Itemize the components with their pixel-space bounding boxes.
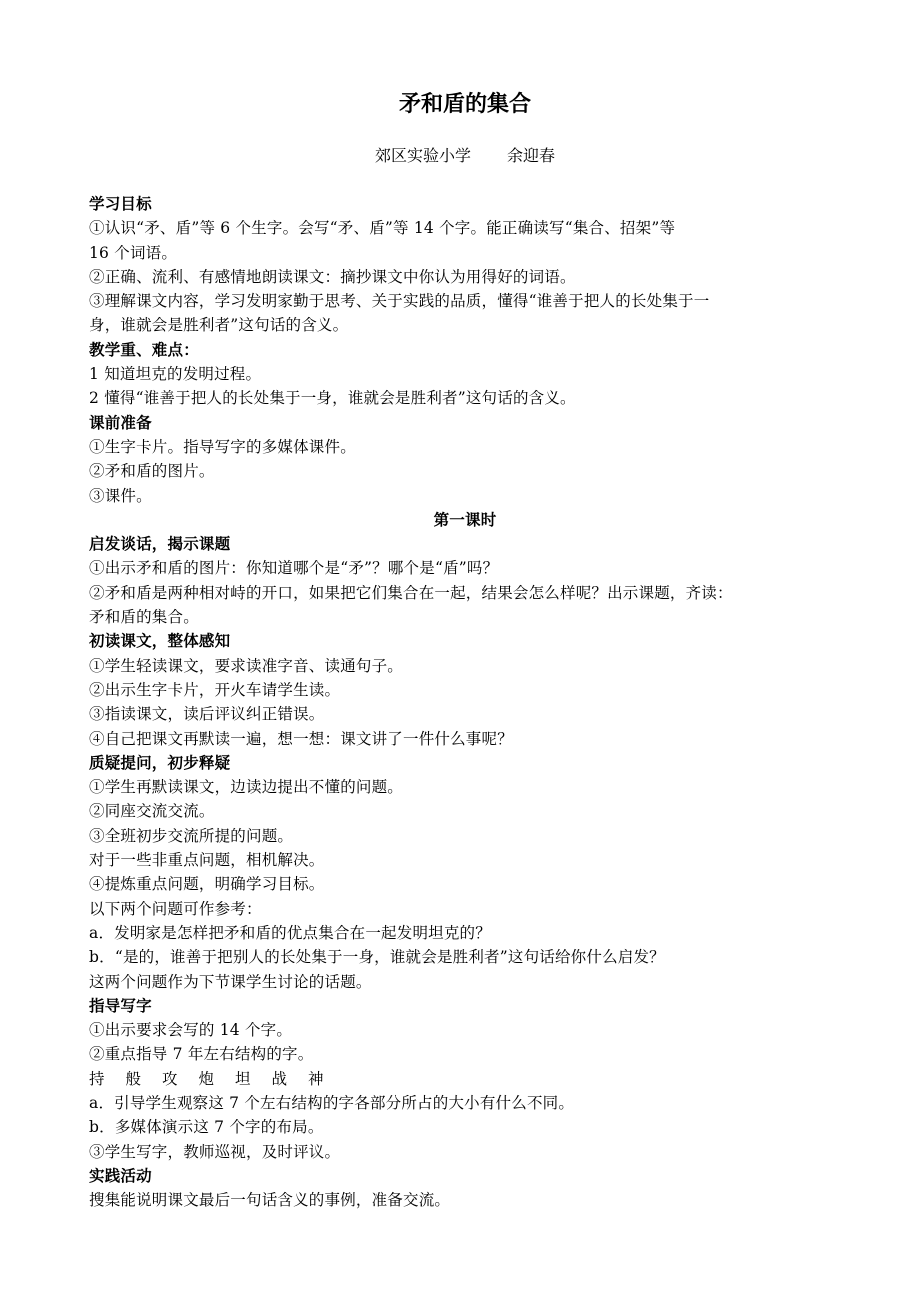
intro-line: 矛和盾的集合。 — [89, 605, 841, 629]
preparation-line: ③课件。 — [89, 484, 841, 508]
questions-line: 以下两个问题可作参考： — [89, 897, 841, 921]
goals-line: ③理解课文内容，学习发明家勤于思考、关于实践的品质，懂得“谁善于把人的长处集于一 — [89, 289, 841, 313]
goals-line: ②正确、流利、有感情地朗读课文：摘抄课文中你认为用得好的词语。 — [89, 265, 841, 289]
section-heading-preparation: 课前准备 — [89, 411, 841, 435]
character: 战 — [272, 1067, 309, 1091]
preparation-line: ②矛和盾的图片。 — [89, 459, 841, 483]
writing-line: a．引导学生观察这 7 个左右结构的字各部分所占的大小有什么不同。 — [89, 1091, 841, 1115]
section-heading-first-reading: 初读课文，整体感知 — [89, 629, 841, 653]
first-reading-line: ②出示生字卡片，开火车请学生读。 — [89, 678, 841, 702]
practice-line: 搜集能说明课文最后一句话含义的事例，准备交流。 — [89, 1188, 841, 1212]
key-points-line: 1 知道坦克的发明过程。 — [89, 362, 841, 386]
first-reading-line: ③指读课文，读后评议纠正错误。 — [89, 702, 841, 726]
character: 炮 — [199, 1067, 236, 1091]
writing-line: ①出示要求会写的 14 个字。 — [89, 1018, 841, 1042]
document-body: 学习目标 ①认识“矛、盾”等 6 个生字。会写“矛、盾”等 14 个字。能正确读… — [89, 192, 841, 1212]
questions-line: b．“是的，谁善于把别人的长处集于一身，谁就会是胜利者”这句话给你什么启发？ — [89, 945, 841, 969]
questions-line: ③全班初步交流所提的问题。 — [89, 824, 841, 848]
writing-line: ②重点指导 7 年左右结构的字。 — [89, 1042, 841, 1066]
questions-line: a．发明家是怎样把矛和盾的优点集合在一起发明坦克的？ — [89, 921, 841, 945]
key-points-line: 2 懂得“谁善于把人的长处集于一身，谁就会是胜利者”这句话的含义。 — [89, 386, 841, 410]
questions-line: ②同座交流交流。 — [89, 799, 841, 823]
intro-line: ②矛和盾是两种相对峙的开口，如果把它们集合在一起，结果会怎么样呢？出示课题，齐读… — [89, 581, 841, 605]
section-heading-writing: 指导写字 — [89, 994, 841, 1018]
character: 坦 — [235, 1067, 272, 1091]
goals-line: 身，谁就会是胜利者”这句话的含义。 — [89, 313, 841, 337]
writing-line: b．多媒体演示这 7 个字的布局。 — [89, 1115, 841, 1139]
questions-line: ④提炼重点问题，明确学习目标。 — [89, 872, 841, 896]
school-name: 郊区实验小学 — [375, 144, 471, 168]
intro-line: ①出示矛和盾的图片：你知道哪个是“矛”？哪个是“盾”吗？ — [89, 556, 841, 580]
author-name: 余迎春 — [507, 144, 555, 168]
lesson-title: 第一课时 — [89, 508, 841, 532]
section-heading-intro: 启发谈话，揭示课题 — [89, 532, 841, 556]
document-title: 矛和盾的集合 — [89, 90, 841, 120]
character-list: 持般攻炮坦战神 — [89, 1067, 841, 1091]
writing-line: ③学生写字，教师巡视，及时评议。 — [89, 1140, 841, 1164]
character: 攻 — [162, 1067, 199, 1091]
character: 神 — [308, 1067, 345, 1091]
first-reading-line: ④自己把课文再默读一遍，想一想：课文讲了一件什么事呢？ — [89, 727, 841, 751]
goals-line: 16 个词语。 — [89, 241, 841, 265]
questions-line: ①学生再默读课文，边读边提出不懂的问题。 — [89, 775, 841, 799]
first-reading-line: ①学生轻读课文，要求读准字音、读通句子。 — [89, 654, 841, 678]
character: 持 — [89, 1067, 126, 1091]
section-heading-questions: 质疑提问，初步释疑 — [89, 751, 841, 775]
byline: 郊区实验小学余迎春 — [89, 144, 841, 168]
section-heading-key-points: 教学重、难点： — [89, 338, 841, 362]
goals-line: ①认识“矛、盾”等 6 个生字。会写“矛、盾”等 14 个字。能正确读写“集合、… — [89, 216, 841, 240]
section-heading-goals: 学习目标 — [89, 192, 841, 216]
character: 般 — [126, 1067, 163, 1091]
preparation-line: ①生字卡片。指导写字的多媒体课件。 — [89, 435, 841, 459]
questions-line: 这两个问题作为下节课学生讨论的话题。 — [89, 970, 841, 994]
section-heading-practice: 实践活动 — [89, 1164, 841, 1188]
questions-line: 对于一些非重点问题，相机解决。 — [89, 848, 841, 872]
